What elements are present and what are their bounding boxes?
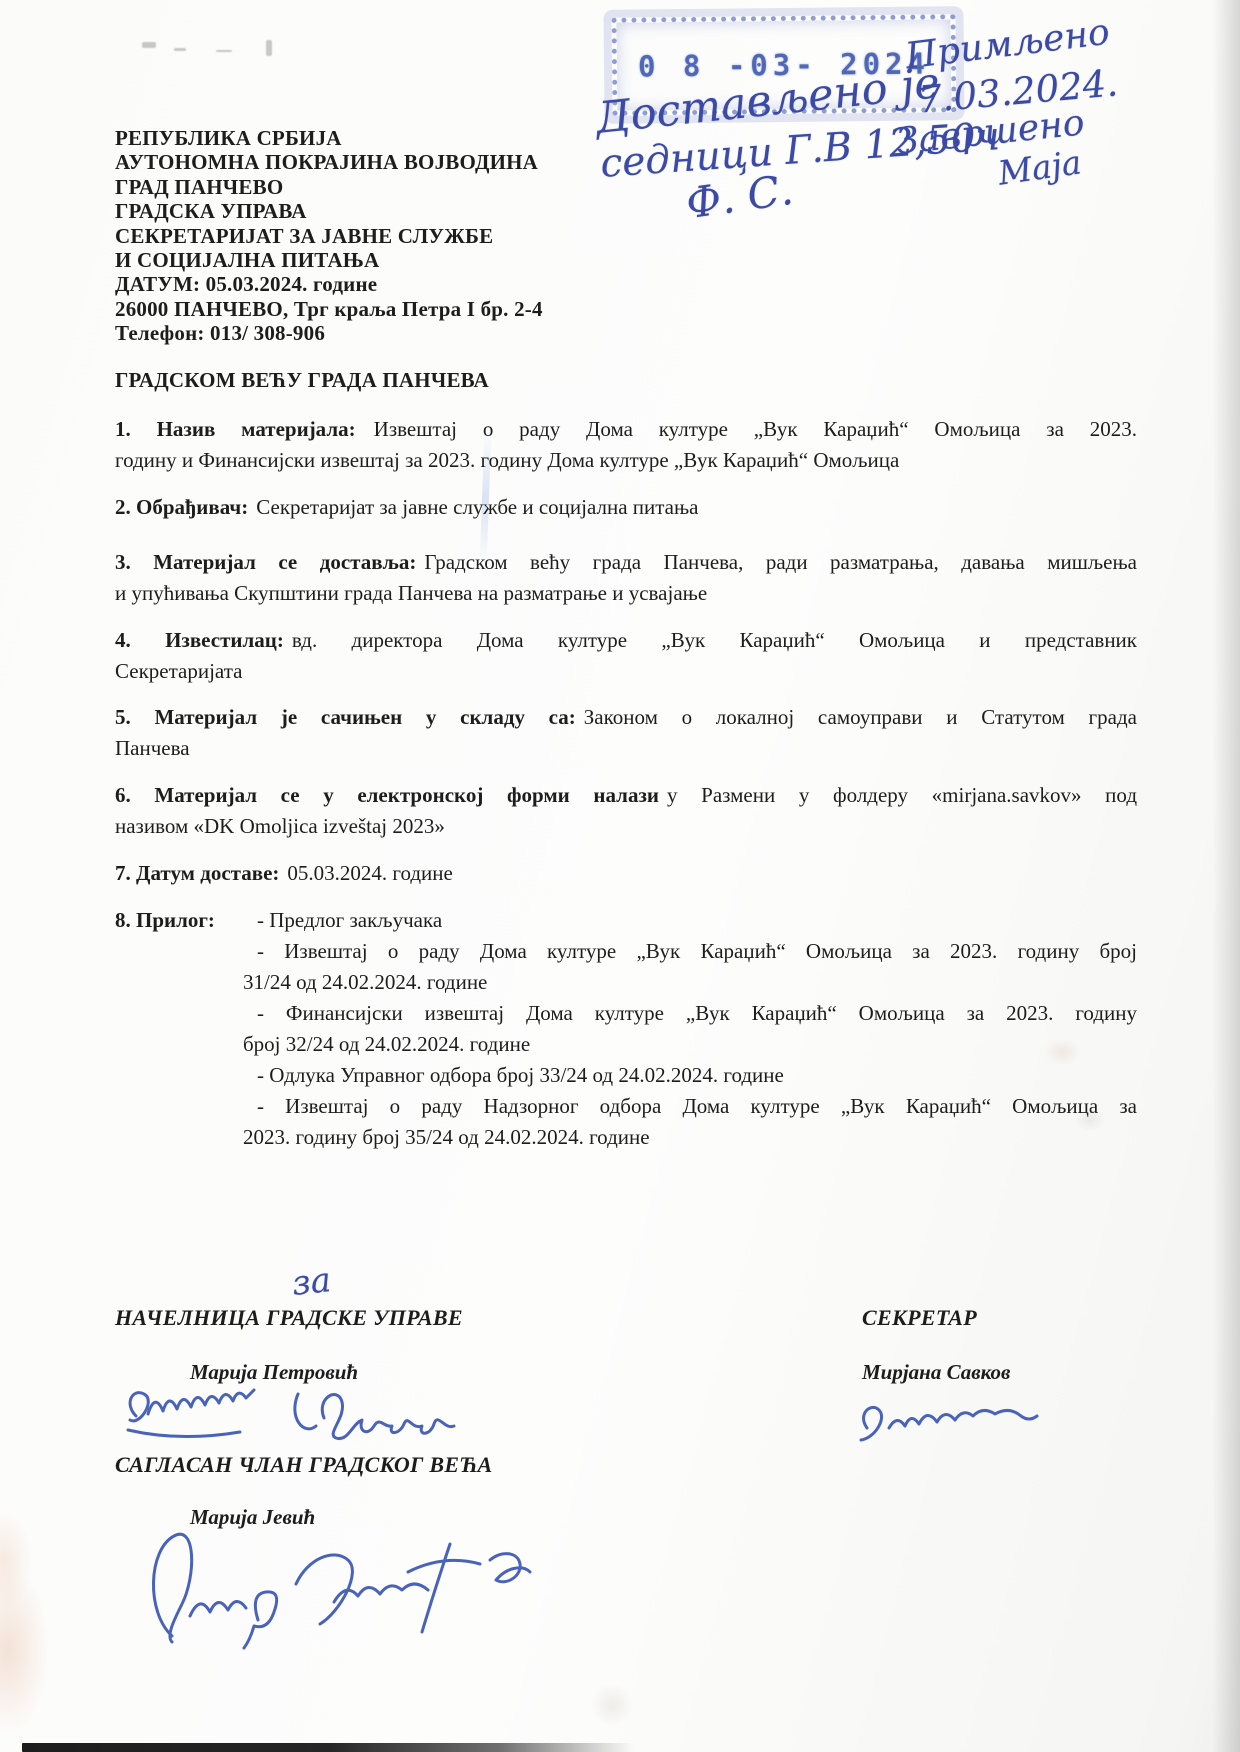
attachment-item: - Одлука Управног одбора број 33/24 од 2… [243, 1060, 1137, 1091]
item-4-label: 4. Известилац: [115, 628, 284, 652]
signature-right-name: Мирјана Савков [862, 1360, 1010, 1385]
item-6-electronic-form: 6. Материјал се у електронској форми нал… [115, 780, 1137, 842]
letterhead-line-admin: ГРАДСКА УПРАВА [115, 199, 543, 223]
scanned-official-letter: 0 8 -03- 2024 Достављено је седници Г.В … [0, 0, 1240, 1752]
letterhead-line-province: АУТОНОМНА ПОКРАЈИНА ВОЈВОДИНА [115, 150, 543, 174]
signature-left-title: НАЧЕЛНИЦА ГРАДСКЕ УПРАВЕ [115, 1305, 463, 1331]
item-8-label: 8. Прилог: [115, 905, 215, 936]
item-6-label: 6. Материјал се у електронској форми нал… [115, 783, 659, 807]
item-5-label: 5. Материјал је сачињен у складу са: [115, 705, 576, 729]
attachment-item: - Предлог закључака [243, 905, 1137, 936]
scan-edge-band [22, 1743, 634, 1752]
letterhead: РЕПУБЛИКА СРБИЈА АУТОНОМНА ПОКРАЈИНА ВОЈ… [115, 126, 543, 346]
letterhead-line-date: ДАТУМ: 05.03.2024. године [115, 272, 543, 296]
pencil-marks [138, 36, 378, 64]
letterhead-line-address: 26000 ПАНЧЕВО, Трг краља Петра I бр. 2-4 [115, 297, 543, 321]
signature-mirjana-savkov [845, 1398, 1055, 1450]
attachment-list: - Предлог закључака - Извештај о раду До… [243, 905, 1137, 1153]
letterhead-line-country: РЕПУБЛИКА СРБИЈА [115, 126, 543, 150]
item-3-delivered-to: 3. Материјал се доставља:Градском већу г… [115, 547, 1137, 609]
item-3-label: 3. Материјал се доставља: [115, 550, 416, 574]
consent-title: САГЛАСАН ЧЛАН ГРАДСКОГ ВЕЋА [115, 1452, 492, 1478]
letterhead-line-city: ГРАД ПАНЧЕВО [115, 175, 543, 199]
signature-marija-jevic [138, 1520, 568, 1650]
item-5-legal-basis: 5. Материјал је сачињен у складу са:Зако… [115, 702, 1137, 764]
item-7-delivery-date: 7. Датум доставе:05.03.2024. године [115, 858, 1137, 889]
attachment-item: - Финансијски извештај Дома културе „Вук… [243, 998, 1137, 1060]
item-1-label: 1. Назив материјала: [115, 417, 356, 441]
attachment-item: - Извештај о раду Надзорног одбора Дома … [243, 1091, 1137, 1153]
letterhead-line-phone: Телефон: 013/ 308-906 [115, 321, 543, 345]
item-7-label: 7. Датум доставе: [115, 861, 279, 885]
letterhead-line-secretariat2: И СОЦИЈАЛНА ПИТАЊА [115, 248, 543, 272]
item-8-attachments: 8. Прилог: - Предлог закључака - Извешта… [115, 905, 1137, 1153]
item-2-processor: 2. Обрађивач:Секретаријат за јавне служб… [115, 492, 1137, 523]
item-2-label: 2. Обрађивач: [115, 495, 248, 519]
signature-right-title: СЕКРЕТАР [862, 1305, 977, 1331]
recipient-line: ГРАДСКОМ ВЕЋУ ГРАДА ПАНЧЕВА [115, 368, 489, 393]
letterhead-line-secretariat: СЕКРЕТАРИЈАТ ЗА ЈАВНЕ СЛУЖБЕ [115, 224, 543, 248]
item-1-material-name: 1. Назив материјала:Извештај о раду Дома… [115, 414, 1137, 476]
attachment-item: - Извештај о раду Дома културе „Вук Кара… [243, 936, 1137, 998]
page-edge-shadow [1212, 0, 1240, 1752]
item-4-rapporteur: 4. Известилац:вд. директора Дома културе… [115, 625, 1137, 687]
signature-marija-petrovic [120, 1378, 460, 1462]
handwritten-za-note: за [290, 1260, 333, 1304]
